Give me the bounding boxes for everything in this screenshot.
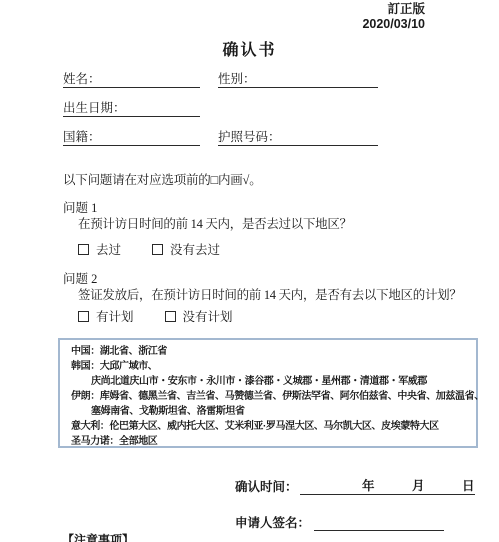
- passport-field[interactable]: 护照号码：: [218, 130, 378, 146]
- question1-options: 去过 没有去过: [78, 242, 220, 256]
- question2-options: 有计划 没有计划: [78, 309, 233, 323]
- region-line-korea: 韩国：大邱广域市、: [71, 359, 472, 374]
- revision-date: 2020/03/10: [362, 17, 425, 32]
- region-line-italy: 意大利：伦巴第大区、威内托大区、艾米利亚·罗马涅大区、马尔凯大区、皮埃蒙特大区: [71, 419, 472, 434]
- instructions-text: 以下问题请在对应选项前的□内画√。: [63, 170, 262, 188]
- region-line-iran: 伊朗：库姆省、德黑兰省、吉兰省、马赞德兰省、伊斯法罕省、阿尔伯兹省、中央省、加兹…: [71, 389, 472, 404]
- region-line-iran-detail: 塞姆南省、戈勒斯坦省、洛雷斯坦省: [71, 404, 472, 419]
- notice-heading: 【注意事项】: [62, 531, 134, 542]
- option-visited[interactable]: 去过: [78, 240, 121, 258]
- name-field[interactable]: 姓名：: [63, 72, 200, 88]
- confirm-date-blank[interactable]: 年 月 日: [300, 476, 475, 495]
- nationality-label: 国籍：: [63, 130, 101, 144]
- birthdate-field[interactable]: 出生日期：: [63, 101, 200, 117]
- signature-row: 申请人签名：: [235, 513, 444, 531]
- revision-block: 訂正版 2020/03/10: [362, 2, 425, 32]
- confirm-time-row: 确认时间： 年 月 日: [235, 476, 475, 495]
- signature-blank[interactable]: [314, 515, 444, 531]
- restricted-regions-box: 中国：湖北省、浙江省 韩国：大邱广域市、 庆尚北道庆山市・安东市・永川市・漆谷郡…: [58, 338, 478, 448]
- region-line-san-marino: 圣马力诺：全部地区: [71, 434, 472, 449]
- revision-label: 訂正版: [362, 2, 425, 17]
- region-line-korea-detail: 庆尚北道庆山市・安东市・永川市・漆谷郡・义城郡・星州郡・清道郡・军威郡: [71, 374, 472, 389]
- question2-text: 签证发放后，在预计访日时间的前 14 天内，是否有去以下地区的计划？: [78, 285, 462, 303]
- option-has-plan-label: 有计划: [96, 307, 134, 325]
- question1-text: 在预计访日时间的前 14 天内，是否去过以下地区？: [78, 214, 352, 232]
- checkbox-has-plan[interactable]: [78, 311, 89, 322]
- checkbox-no-plan[interactable]: [165, 311, 176, 322]
- signature-label: 申请人签名：: [235, 513, 310, 531]
- gender-field[interactable]: 性别：: [218, 72, 378, 88]
- option-visited-label: 去过: [96, 240, 121, 258]
- gender-label: 性别：: [218, 72, 256, 86]
- option-no-plan-label: 没有计划: [183, 307, 233, 325]
- option-has-plan[interactable]: 有计划: [78, 307, 134, 325]
- confirm-time-label: 确认时间：: [235, 477, 298, 495]
- option-not-visited[interactable]: 没有去过: [152, 240, 220, 258]
- confirmation-document: 訂正版 2020/03/10 确认书 姓名： 性别： 出生日期： 国籍： 护照号…: [0, 0, 499, 542]
- checkbox-visited[interactable]: [78, 244, 89, 255]
- region-line-china: 中国：湖北省、浙江省: [71, 344, 472, 359]
- option-not-visited-label: 没有去过: [170, 240, 220, 258]
- nationality-field[interactable]: 国籍：: [63, 130, 200, 146]
- page-title: 确认书: [0, 37, 499, 60]
- name-label: 姓名：: [63, 72, 101, 86]
- birthdate-label: 出生日期：: [63, 101, 126, 115]
- option-no-plan[interactable]: 没有计划: [165, 307, 233, 325]
- checkbox-not-visited[interactable]: [152, 244, 163, 255]
- passport-label: 护照号码：: [218, 130, 281, 144]
